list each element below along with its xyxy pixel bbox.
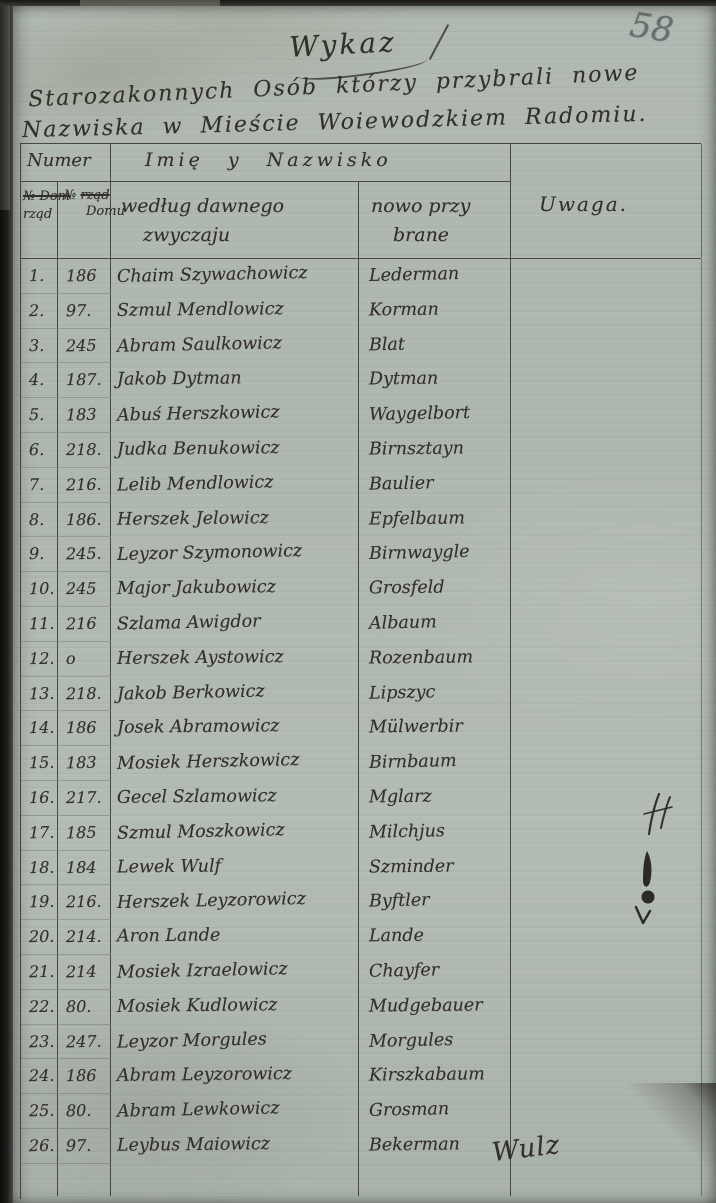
row-house-no: 245 <box>58 329 111 364</box>
row-old-name: Jakob Dytman <box>111 363 359 398</box>
row-new-name: Lederman <box>359 259 511 294</box>
row-uwaga <box>511 1059 702 1094</box>
margin-ink-scribble <box>640 790 676 838</box>
row-ordinal: 14. <box>21 711 58 746</box>
scan-edge-left-highlight <box>0 0 10 210</box>
row-new-name: Korman <box>359 294 511 329</box>
row-new-name: Kirszkabaum <box>359 1059 511 1094</box>
row-uwaga <box>511 607 702 642</box>
row-ordinal: 9. <box>21 537 58 572</box>
table-column-line-extension <box>111 1164 359 1196</box>
header-imie-nazwisko: Imię y Nazwisko <box>111 144 511 182</box>
row-old-name: Mosiek Izraelowicz <box>111 955 359 990</box>
row-ordinal: 18. <box>21 851 58 886</box>
row-old-name: Szmul Moszkowicz <box>111 816 359 851</box>
name-register-table: Numer Imię y Nazwisko Uwaga. № Dom rząd … <box>20 143 701 1199</box>
row-ordinal: 23. <box>21 1025 58 1060</box>
row-uwaga <box>511 537 702 572</box>
row-house-no: 186 <box>58 1059 111 1094</box>
row-ordinal: 17. <box>21 816 58 851</box>
row-ordinal: 22. <box>21 990 58 1025</box>
row-old-name: Abram Lewkowicz <box>111 1094 359 1129</box>
row-uwaga <box>511 851 702 886</box>
row-old-name: Szlama Awigdor <box>111 607 359 642</box>
row-ordinal: 20. <box>21 920 58 955</box>
row-house-no: 186 <box>58 711 111 746</box>
row-new-name: Lipszyc <box>359 677 511 712</box>
row-house-no: 184 <box>58 851 111 886</box>
row-house-no: 183 <box>58 746 111 781</box>
margin-ink-check <box>632 902 654 928</box>
row-ordinal: 6. <box>21 433 58 468</box>
row-new-name: Mülwerbir <box>359 711 511 746</box>
row-old-name: Lelib Mendlowicz <box>111 468 359 503</box>
row-house-no: 214. <box>58 920 111 955</box>
row-ordinal: 25. <box>21 1094 58 1129</box>
header-old-name-line2: zwyczaju <box>121 221 230 250</box>
row-house-no: 216. <box>58 468 111 503</box>
row-new-name: Lande <box>359 920 511 955</box>
row-old-name: Aron Lande <box>111 920 359 955</box>
table-column-line-extension <box>21 1164 58 1196</box>
row-house-no: 245. <box>58 537 111 572</box>
row-ordinal: 12. <box>21 642 58 677</box>
row-ordinal: 24. <box>21 1059 58 1094</box>
row-new-name: Chayfer <box>359 955 511 990</box>
row-house-no: 247. <box>58 1025 111 1060</box>
row-uwaga <box>511 920 702 955</box>
row-uwaga <box>511 990 702 1025</box>
row-old-name: Abram Saulkowicz <box>111 329 359 364</box>
row-old-name: Lewek Wulf <box>111 851 359 886</box>
row-old-name: Jakob Berkowicz <box>111 677 359 712</box>
row-house-no: 216. <box>58 885 111 920</box>
header-ordinal-number: № Dom rząd <box>21 182 58 258</box>
header-house-struck-text: rząd <box>80 188 109 203</box>
row-ordinal: 11. <box>21 607 58 642</box>
row-new-name: Birnsztayn <box>359 433 511 468</box>
table-column-line-extension <box>58 1164 111 1196</box>
row-ordinal: 26. <box>21 1129 58 1164</box>
row-new-name: Mudgebauer <box>359 990 511 1025</box>
row-ordinal: 8. <box>21 503 58 538</box>
row-new-name: Albaum <box>359 607 511 642</box>
row-old-name: Szmul Mendlowicz <box>111 294 359 329</box>
row-old-name: Herszek Aystowicz <box>111 642 359 677</box>
row-ordinal: 5. <box>21 398 58 433</box>
header-new-name-line1: nowo przy <box>371 195 470 217</box>
header-house-number: № rząd Domu <box>58 182 111 258</box>
row-ordinal: 4. <box>21 363 58 398</box>
row-uwaga <box>511 294 702 329</box>
row-new-name: Birnwaygle <box>359 537 511 572</box>
row-old-name: Mosiek Herszkowicz <box>111 746 359 781</box>
row-house-no: 186. <box>58 503 111 538</box>
row-house-no: 80. <box>58 990 111 1025</box>
row-new-name: Waygelbort <box>359 398 511 433</box>
row-uwaga <box>511 1094 702 1129</box>
table-header: Numer Imię y Nazwisko Uwaga. № Dom rząd … <box>20 143 701 259</box>
row-old-name: Herszek Leyzorowicz <box>111 885 359 920</box>
row-house-no: 218. <box>58 677 111 712</box>
row-uwaga <box>511 329 702 364</box>
row-house-no: 80. <box>58 1094 111 1129</box>
row-ordinal: 10. <box>21 572 58 607</box>
row-old-name: Herszek Jelowicz <box>111 503 359 538</box>
header-numer: Numer <box>21 144 111 182</box>
row-old-name: Abram Leyzorowicz <box>111 1059 359 1094</box>
row-uwaga <box>511 642 702 677</box>
row-uwaga <box>511 572 702 607</box>
header-house-no-sign: № <box>64 188 76 203</box>
row-uwaga <box>511 468 702 503</box>
row-uwaga <box>511 677 702 712</box>
row-uwaga <box>511 363 702 398</box>
row-ordinal: 13. <box>21 677 58 712</box>
header-new-name: nowo przy brane <box>359 182 511 258</box>
row-house-no: 216 <box>58 607 111 642</box>
row-ordinal: 19. <box>21 885 58 920</box>
row-new-name: Grosman <box>359 1094 511 1129</box>
row-ordinal: 3. <box>21 329 58 364</box>
scanned-document: 58 Wykaz Starozakonnych Osób którzy przy… <box>0 0 716 1203</box>
row-old-name: Judka Benukowicz <box>111 433 359 468</box>
row-house-no: 185 <box>58 816 111 851</box>
row-new-name: Szminder <box>359 851 511 886</box>
row-new-name: Byftler <box>359 885 511 920</box>
row-uwaga <box>511 1025 702 1060</box>
row-house-no: 217. <box>58 781 111 816</box>
row-old-name: Leyzor Morgules <box>111 1025 359 1060</box>
row-house-no: 245 <box>58 572 111 607</box>
row-uwaga <box>511 746 702 781</box>
row-old-name: Gecel Szlamowicz <box>111 781 359 816</box>
row-ordinal: 16. <box>21 781 58 816</box>
row-old-name: Mosiek Kudlowicz <box>111 990 359 1025</box>
row-new-name: Blat <box>359 329 511 364</box>
row-ordinal: 15. <box>21 746 58 781</box>
row-house-no: 97. <box>58 1129 111 1164</box>
row-uwaga <box>511 259 702 294</box>
row-new-name: Epfelbaum <box>359 503 511 538</box>
row-new-name: Rozenbaum <box>359 642 511 677</box>
row-house-no: 97. <box>58 294 111 329</box>
margin-ink-blot <box>636 850 660 910</box>
row-old-name: Leybus Maiowicz <box>111 1129 359 1164</box>
header-old-name-line1: według dawnego <box>121 195 284 217</box>
header-old-name: według dawnego zwyczaju <box>111 182 359 258</box>
row-house-no: 218. <box>58 433 111 468</box>
row-new-name: Mglarz <box>359 781 511 816</box>
scan-edge-top-artifact <box>80 0 220 8</box>
header-uwaga: Uwaga. <box>511 144 702 258</box>
row-uwaga <box>511 433 702 468</box>
row-house-no: 187. <box>58 363 111 398</box>
row-new-name: Bekerman <box>359 1129 511 1164</box>
row-house-no: 186 <box>58 259 111 294</box>
row-old-name: Major Jakubowicz <box>111 572 359 607</box>
row-old-name: Leyzor Szymonowicz <box>111 537 359 572</box>
header-ordinal-text: rząd <box>23 207 52 222</box>
row-new-name: Morgules <box>359 1025 511 1060</box>
row-house-no: 214 <box>58 955 111 990</box>
row-new-name: Birnbaum <box>359 746 511 781</box>
row-new-name: Baulier <box>359 468 511 503</box>
row-ordinal: 21. <box>21 955 58 990</box>
row-ordinal: 2. <box>21 294 58 329</box>
table-column-line-extension <box>359 1164 511 1196</box>
table-column-line-extension <box>511 1164 702 1196</box>
row-uwaga <box>511 398 702 433</box>
row-ordinal: 7. <box>21 468 58 503</box>
row-house-no: o <box>58 642 111 677</box>
row-house-no: 183 <box>58 398 111 433</box>
row-old-name: Chaim Szywachowicz <box>111 259 359 294</box>
row-uwaga <box>511 503 702 538</box>
row-uwaga <box>511 885 702 920</box>
row-new-name: Dytman <box>359 363 511 398</box>
header-new-name-line2: brane <box>371 221 449 250</box>
row-old-name: Abuś Herszkowicz <box>111 398 359 433</box>
row-new-name: Milchjus <box>359 816 511 851</box>
row-uwaga <box>511 711 702 746</box>
row-uwaga <box>511 955 702 990</box>
row-ordinal: 1. <box>21 259 58 294</box>
row-new-name: Grosfeld <box>359 572 511 607</box>
table-body: 1.186Chaim SzywachowiczLederman2.97.Szmu… <box>20 259 701 1199</box>
row-old-name: Josek Abramowicz <box>111 711 359 746</box>
